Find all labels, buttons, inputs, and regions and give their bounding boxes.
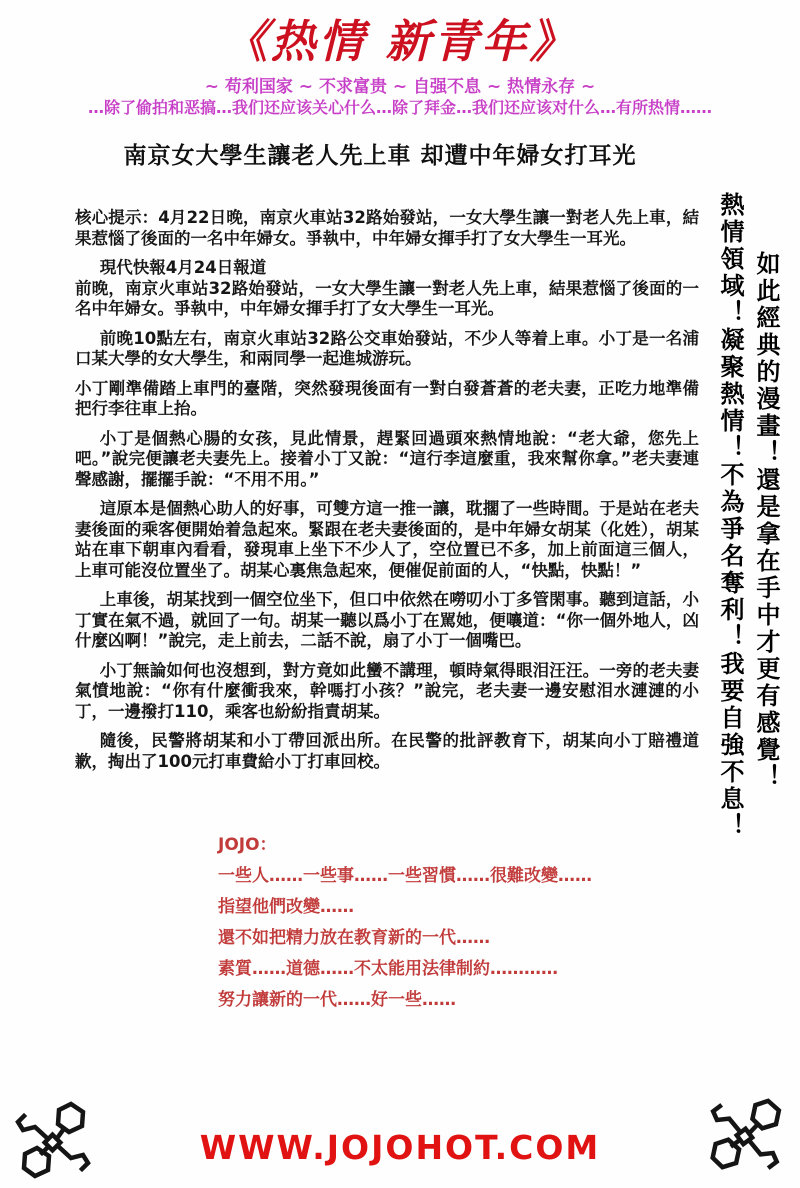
dateline: 現代快報4月24日報道 (75, 258, 699, 279)
article-paragraph: 小丁無論如何也沒想到，對方竟如此蠻不講理，頓時氣得眼泪汪汪。一旁的老夫妻氣憤地說… (75, 661, 699, 723)
jojo-line: 還不如把精力放在教育新的一代…… (218, 929, 658, 947)
jojo-line: 一些人……一些事……一些習慣……很難改變…… (218, 867, 658, 885)
pinwheel-ornament-icon (698, 1085, 792, 1188)
article-paragraph: 小丁是個熱心腸的女孩，見此情景，趕緊回過頭來熱情地說：“老大爺，您先上吧。”說完… (75, 429, 699, 491)
page-title: 《热情 新青年》 (0, 18, 800, 66)
scanned-page: 《热情 新青年》 ~ 苟利国家 ~ 不求富贵 ~ 自强不息 ~ 热情永存 ~ …… (0, 0, 800, 1188)
article-paragraph: 上車後，胡某找到一個空位坐下，但口中依然在嘮叨小丁多管閑事。聽到這話，小丁實在氣… (75, 590, 699, 652)
article-headline: 南京女大學生讓老人先上車 却遭中年婦女打耳光 (0, 142, 760, 170)
article-paragraph: 隨後，民警將胡某和小丁帶回派出所。在民警的批評教育下，胡某向小丁賠禮道歉，掏出了… (75, 731, 699, 772)
jojo-commentary: JOJO： 一些人……一些事……一些習慣……很難改變…… 指望他們改變…… 還不… (218, 836, 658, 1022)
masthead-slogan-2: …除了偷拍和恶搞…我们还应该关心什么…除了拜金…我们还应该对什么…有所热情…… (0, 99, 800, 117)
vertical-slogan-inner: 熱情領域！凝聚熱情！不為爭名奪利！我要自強不息！ (712, 192, 748, 852)
article-paragraph: 這原本是個熱心助人的好事，可雙方這一推一讓，耽擱了一些時間。于是站在老夫妻後面的… (75, 499, 699, 581)
pinwheel-ornament-icon (12, 1096, 94, 1188)
jojo-label: JOJO： (218, 836, 658, 854)
jojo-line: 素質……道德……不太能用法律制約………… (218, 960, 658, 978)
vertical-slogan-outer: 如此經典的漫畫！還是拿在手中才更有感覺！ (748, 251, 784, 807)
jojo-line: 努力讓新的一代……好一些…… (218, 991, 658, 1009)
website-url: WWW.JOJOHOT.COM (0, 1128, 800, 1167)
article-paragraph: 前晚10點左右，南京火車站32路公交車始發站，不少人等着上車。小丁是一名浦口某大… (75, 329, 699, 370)
article-body: 核心提示：4月22日晚，南京火車站32路始發站，一女大學生讓一對老人先上車，結果… (75, 208, 699, 781)
masthead-slogan-1: ~ 苟利国家 ~ 不求富贵 ~ 自强不息 ~ 热情永存 ~ (0, 78, 800, 97)
article-paragraph: 小丁剛準備踏上車門的臺階，突然發現後面有一對白發蒼蒼的老夫妻，正吃力地準備把行李… (75, 379, 699, 420)
article-paragraph: 核心提示：4月22日晚，南京火車站32路始發站，一女大學生讓一對老人先上車，結果… (75, 208, 699, 249)
paragraph-text: 前晚，南京火車站32路始發站，一女大學生讓一對老人先上車，結果惹惱了後面的一名中… (75, 279, 699, 319)
jojo-line: 指望他們改變…… (218, 898, 658, 916)
article-paragraph: 現代快報4月24日報道前晚，南京火車站32路始發站，一女大學生讓一對老人先上車，… (75, 258, 699, 320)
